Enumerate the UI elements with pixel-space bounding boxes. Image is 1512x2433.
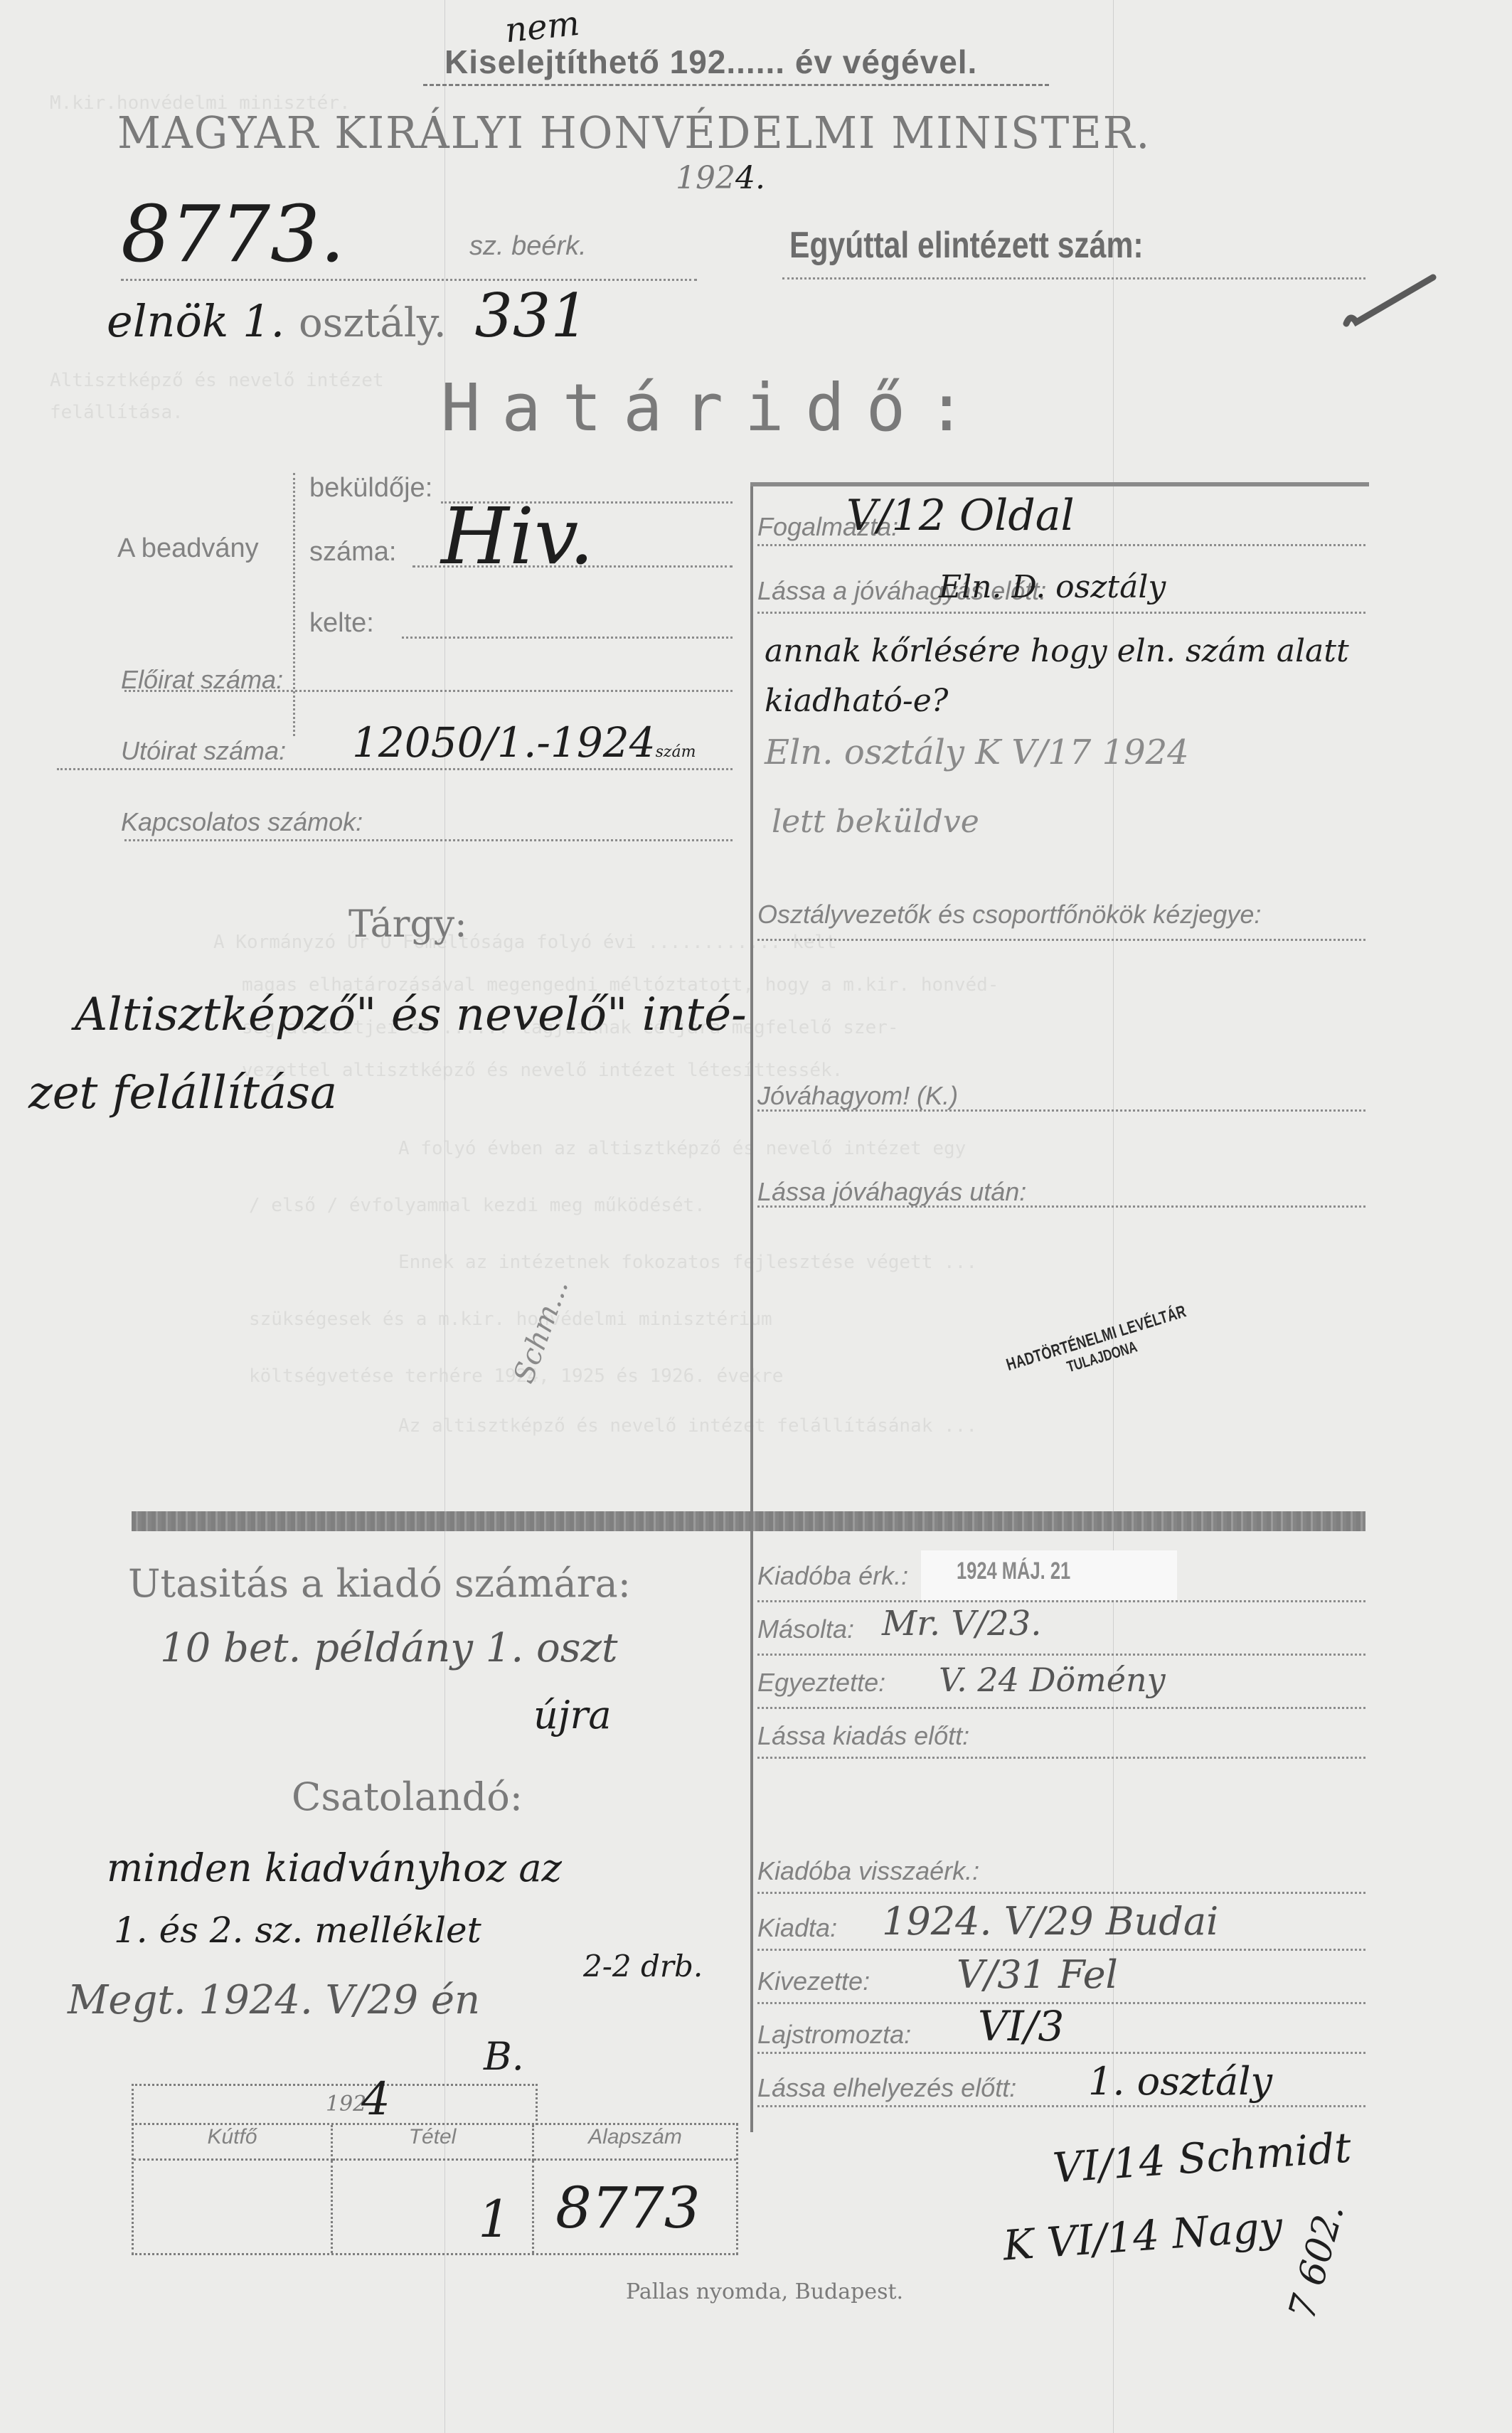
following-doc-suffix: szám: [656, 743, 696, 761]
document-year: 1924.: [676, 160, 765, 196]
office-row-returned-rule: [757, 1892, 1365, 1894]
register-cell-source: [134, 2161, 333, 2253]
office-row-returned-label: Kiadóba visszaérk.:: [757, 1856, 979, 1886]
bleed-through-text: / első / évfolyammal kezdi meg működését…: [249, 1195, 706, 1216]
register-col-item: Tétel: [333, 2125, 534, 2161]
register-col-item-label: Tétel: [409, 2125, 457, 2149]
drafting-faint-line-2: lett beküldve: [772, 804, 979, 840]
year-handwritten: 4.: [735, 160, 765, 196]
related-numbers-label: Kapcsolatos számok:: [121, 807, 363, 837]
settled-number-label: Egyúttal elintézett szám:: [789, 224, 1144, 267]
office-row-issued-value: 1924. V/29 Budai: [882, 1899, 1218, 1944]
bleed-through-text: A Kormányzó Úr Ő Főméltósága folyó évi .…: [213, 932, 837, 953]
attachments-line-2: 1. és 2. sz. melléklet: [114, 1910, 481, 1951]
register-col-base-number-label: Alapszám: [588, 2125, 682, 2149]
submission-number-label: száma:: [309, 537, 396, 568]
department-label: osztály.: [299, 300, 447, 346]
header-rule: [423, 84, 1049, 86]
register-table-grid: Kútfő Tétel Alapszám 1 8773: [132, 2123, 738, 2255]
bleed-through-text: Altisztképző és nevelő intézet: [50, 370, 384, 391]
following-doc-label: Utóirat száma:: [121, 736, 286, 766]
submission-sender-label: beküldője:: [309, 473, 432, 504]
submission-date-label: kelte:: [309, 608, 374, 639]
register-year-handwritten: 4: [361, 2073, 390, 2126]
department-line: elnök 1. osztály. 331: [107, 281, 589, 351]
subject-line-1: Altisztképző" és nevelő" inté-: [75, 989, 747, 1041]
registration-number: 8773.: [121, 188, 345, 279]
bleed-through-text: felállítása.: [50, 402, 183, 423]
heads-initials-rule: [757, 939, 1365, 941]
year-printed: 192: [676, 160, 735, 196]
right-column-divider: [750, 482, 753, 2132]
office-row-copied-label: Másolta:: [757, 1614, 854, 1644]
dispatch-note: Megt. 1924. V/29 én: [68, 1977, 480, 2023]
register-cell-item: 1: [333, 2161, 534, 2253]
subject-line-2: zet felállítása: [28, 1067, 337, 1119]
register-value-base-number: 8773: [555, 2175, 701, 2241]
signature-schmidt: VI/14 Schmidt: [1051, 2123, 1353, 2192]
register-year-printed: 192: [326, 2092, 366, 2117]
drafting-note-line-2: kiadható-e?: [765, 683, 948, 719]
office-row-received-label: Kiadóba érk.:: [757, 1561, 908, 1591]
review-before-approval-value: Eln. D. osztály: [939, 569, 1166, 605]
office-row-issued-rule: [757, 1949, 1365, 1951]
publisher-instructions-line-1: 10 bet. példány 1. oszt: [160, 1625, 617, 1671]
office-row-reconciled-rule: [757, 1707, 1365, 1709]
publisher-instructions-line-2: újra: [533, 1693, 612, 1737]
signature-nagy: K VI/14 Nagy: [1001, 2202, 1284, 2269]
office-row-issued-label: Kiadta:: [757, 1913, 837, 1943]
drafted-by-rule: [757, 544, 1365, 546]
related-numbers-rule: [124, 839, 733, 841]
review-before-approval-rule: [757, 612, 1365, 614]
submission-number-rule: [412, 565, 733, 568]
fold-crease: [444, 0, 445, 2433]
archive-stamp: HADTÖRTÉNELMI LEVÉLTÁR TULAJDONA: [974, 1293, 1224, 1402]
submission-date-rule: [402, 637, 733, 639]
department-prefix: elnök: [107, 295, 228, 347]
bleed-through-text: Az altisztképző és nevelő intézet feláll…: [398, 1415, 977, 1437]
following-doc-number: 12050/1.-1924: [352, 718, 656, 767]
register-table: 192 4 Kútfő Tétel Alapszám 1 8773: [132, 2084, 736, 2254]
printer-imprint: Pallas nyomda, Budapest.: [626, 2279, 903, 2304]
office-row-registered-rule: [757, 2052, 1365, 2054]
bleed-through-text: A folyó évben az altisztképző és nevelő …: [398, 1138, 966, 1159]
register-col-base-number: Alapszám: [534, 2125, 736, 2161]
office-row-recorded-label: Kivezette:: [757, 1966, 870, 1996]
office-row-review-before-filing-rule: [757, 2105, 1365, 2107]
office-row-reconciled-label: Egyeztette:: [757, 1668, 885, 1698]
drafted-by-value: V/12 Oldal: [846, 491, 1075, 541]
office-row-registered-value: VI/3: [978, 2002, 1064, 2050]
office-row-copied-rule: [757, 1654, 1365, 1656]
ministry-title: MAGYAR KIRÁLYI HONVÉDELMI MINISTER.: [117, 107, 1151, 159]
approve-rule: [757, 1109, 1365, 1112]
drafting-note-line-1: annak kőrlésére hogy eln. szám alatt: [765, 633, 1349, 669]
department-number: 1.: [243, 295, 284, 347]
bleed-through-text: szükségesek és a m.kir. honvédelmi minis…: [249, 1309, 772, 1330]
publisher-instructions-label: Utasitás a kiadó számára:: [128, 1561, 631, 1606]
settled-number-rule: [782, 277, 1365, 279]
approve-label: Jóváhagyom! (K.): [757, 1081, 958, 1111]
discard-notice: Kiselejtíthető 192...... év végével.: [444, 43, 977, 81]
office-row-copied-value: Mr. V/23.: [882, 1604, 1042, 1644]
office-row-review-before-filing-value: 1. osztály: [1088, 2059, 1272, 2104]
office-row-received-rule: [757, 1600, 1365, 1602]
office-row-review-before-issue-rule: [757, 1757, 1365, 1759]
office-row-registered-label: Lajstromozta:: [757, 2020, 911, 2050]
register-cell-base-number: 8773: [534, 2161, 736, 2253]
submission-brace: [293, 473, 295, 736]
section-separator-bar: [132, 1511, 1365, 1531]
check-mark-icon: [1341, 274, 1440, 341]
office-row-reconciled-value: V. 24 Dömény: [939, 1661, 1166, 1699]
register-col-source-label: Kútfő: [207, 2125, 257, 2149]
right-column-top-rule: [750, 482, 1369, 486]
deadline-title: Határidő:: [441, 370, 988, 446]
submission-group-label: A beadvány: [117, 533, 259, 564]
review-after-approval-label: Lássa jóváhagyás után:: [757, 1177, 1026, 1207]
previous-doc-rule: [124, 690, 733, 692]
margin-note: 7 602.: [1281, 2199, 1353, 2323]
review-after-approval-rule: [757, 1205, 1365, 1208]
office-row-review-before-filing-label: Lássa elhelyezés előtt:: [757, 2073, 1016, 2103]
submission-number-value: Hiv.: [441, 491, 594, 582]
office-row-review-before-issue-label: Lássa kiadás előtt:: [757, 1721, 969, 1751]
register-col-source: Kútfő: [134, 2125, 333, 2161]
attachments-line-1: minden kiadványhoz az: [107, 1846, 562, 1890]
drafting-faint-line-1: Eln. osztály K V/17 1924: [765, 733, 1189, 772]
department-code: 331: [474, 281, 588, 351]
following-doc-rule: [57, 768, 733, 770]
dispatch-initial: B.: [484, 2034, 524, 2079]
following-doc-value: 12050/1.-1924szám: [352, 718, 696, 767]
heads-initials-label: Osztályvezetők és csoportfőnökök kézjegy…: [757, 900, 1261, 930]
register-table-year-cell: 192 4: [132, 2084, 538, 2125]
attachments-label: Csatolandó:: [292, 1774, 523, 1819]
office-row-recorded-value: V/31 Fel: [957, 1952, 1118, 1997]
bleed-through-text: Ennek az intézetnek fokozatos fejlesztés…: [398, 1252, 977, 1273]
office-row-received-value: 1924 MÁJ. 21: [957, 1558, 1070, 1585]
attachments-count: 2-2 drb.: [583, 1949, 703, 1984]
subject-label: Tárgy:: [348, 903, 467, 946]
register-value-item: 1: [478, 2189, 511, 2249]
registration-number-label: sz. beérk.: [469, 231, 587, 262]
